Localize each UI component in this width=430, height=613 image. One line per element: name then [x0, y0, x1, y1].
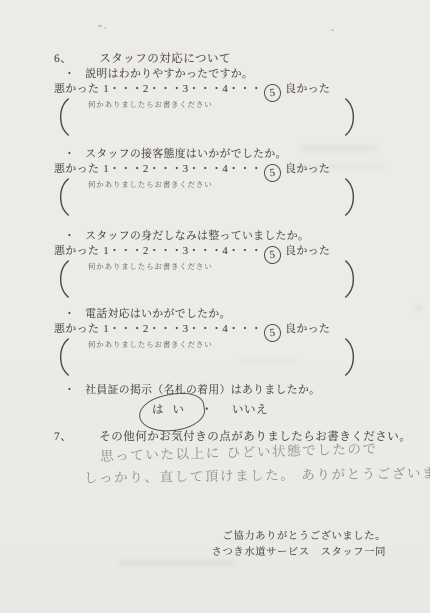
- bullet-icon: ・: [64, 68, 75, 80]
- question-label: 電話対応はいかがでしたか。: [85, 308, 231, 320]
- scan-artifact: [98, 24, 102, 27]
- question-text-row: ・スタッフの接客態度はいかがでしたか。: [64, 146, 287, 161]
- scale-low-label: 悪かった: [54, 83, 99, 95]
- comment-prompt: 何かありましたらお書きください: [88, 99, 213, 110]
- scan-artifact: [104, 27, 106, 29]
- scale-high-label: 良かった: [285, 245, 330, 257]
- question-label: 説明はわかりやすかったですか。: [85, 68, 253, 80]
- question-text-row: ・スタッフの身だしなみは整っていましたか。: [64, 228, 309, 243]
- open-paren-icon: [57, 260, 71, 298]
- bullet-icon: ・: [64, 148, 75, 160]
- option-no: いいえ: [232, 404, 268, 416]
- bullet-icon: ・: [64, 308, 75, 320]
- scale-high-label: 良かった: [285, 163, 330, 175]
- close-paren-icon: [343, 338, 357, 376]
- scale-steps: 1・・・2・・・3・・・4・・・: [103, 245, 262, 257]
- open-paren-icon: [57, 338, 71, 376]
- open-paren-icon: [57, 98, 71, 136]
- footer-signature: さつき水道サービス スタッフ一同: [212, 545, 386, 561]
- close-paren-icon: [343, 260, 357, 298]
- bullet-icon: ・: [64, 230, 75, 242]
- comment-prompt: 何かありましたらお書きください: [88, 339, 213, 350]
- question-text-row: ・電話対応はいかがでしたか。: [64, 306, 231, 321]
- bullet-icon: ・: [64, 384, 75, 396]
- comment-area: 何かありましたらお書きください: [0, 176, 430, 220]
- section-title: スタッフの対応について: [99, 53, 231, 65]
- comment-prompt: 何かありましたらお書きください: [88, 179, 213, 190]
- comment-prompt: 何かありましたらお書きください: [88, 261, 213, 272]
- section-number: 7、: [54, 428, 72, 444]
- footer-thanks: ご協力ありがとうございました。: [212, 529, 386, 545]
- question-label: スタッフの接客態度はいかがでしたか。: [85, 148, 287, 160]
- scale-high-label: 良かった: [285, 323, 330, 335]
- scan-artifact: [331, 29, 334, 31]
- section-6-header: 6、スタッフの対応について: [54, 50, 231, 66]
- question-block-explanation: ・説明はわかりやすかったですか。 悪かった1・・・2・・・3・・・4・・・5良か…: [0, 66, 430, 144]
- comment-area: 何かありましたらお書きください: [0, 96, 430, 140]
- handwritten-comment-line-2: しっかり、直して頂けました。 ありがとうございます: [84, 461, 430, 486]
- close-paren-icon: [343, 98, 357, 136]
- scale-high-label: 良かった: [285, 83, 330, 95]
- scale-low-label: 悪かった: [54, 245, 99, 257]
- scale-low-label: 悪かった: [54, 163, 99, 175]
- scale-low-label: 悪かった: [54, 323, 99, 335]
- question-block-phone: ・電話対応はいかがでしたか。 悪かった1・・・2・・・3・・・4・・・5良かった…: [0, 306, 430, 384]
- open-paren-icon: [57, 178, 71, 216]
- badge-question-label: 社員証の掲示（名札の着用）はありましたか。: [85, 384, 320, 396]
- section-number: 6、: [54, 50, 72, 66]
- question-block-service-attitude: ・スタッフの接客態度はいかがでしたか。 悪かった1・・・2・・・3・・・4・・・…: [0, 146, 430, 224]
- scale-steps: 1・・・2・・・3・・・4・・・: [103, 323, 262, 335]
- scale-steps: 1・・・2・・・3・・・4・・・: [103, 83, 262, 95]
- scanned-survey-page: 6、スタッフの対応について ・説明はわかりやすかったですか。 悪かった1・・・2…: [0, 0, 430, 613]
- comment-area: 何かありましたらお書きください: [0, 336, 430, 380]
- close-paren-icon: [343, 178, 357, 216]
- question-block-grooming: ・スタッフの身だしなみは整っていましたか。 悪かった1・・・2・・・3・・・4・…: [0, 228, 430, 306]
- scale-steps: 1・・・2・・・3・・・4・・・: [103, 163, 262, 175]
- comment-area: 何かありましたらお書きください: [0, 258, 430, 302]
- question-label: スタッフの身だしなみは整っていましたか。: [85, 230, 309, 242]
- footer: ご協力ありがとうございました。 さつき水道サービス スタッフ一同: [212, 529, 386, 561]
- question-text-row: ・説明はわかりやすかったですか。: [64, 66, 253, 81]
